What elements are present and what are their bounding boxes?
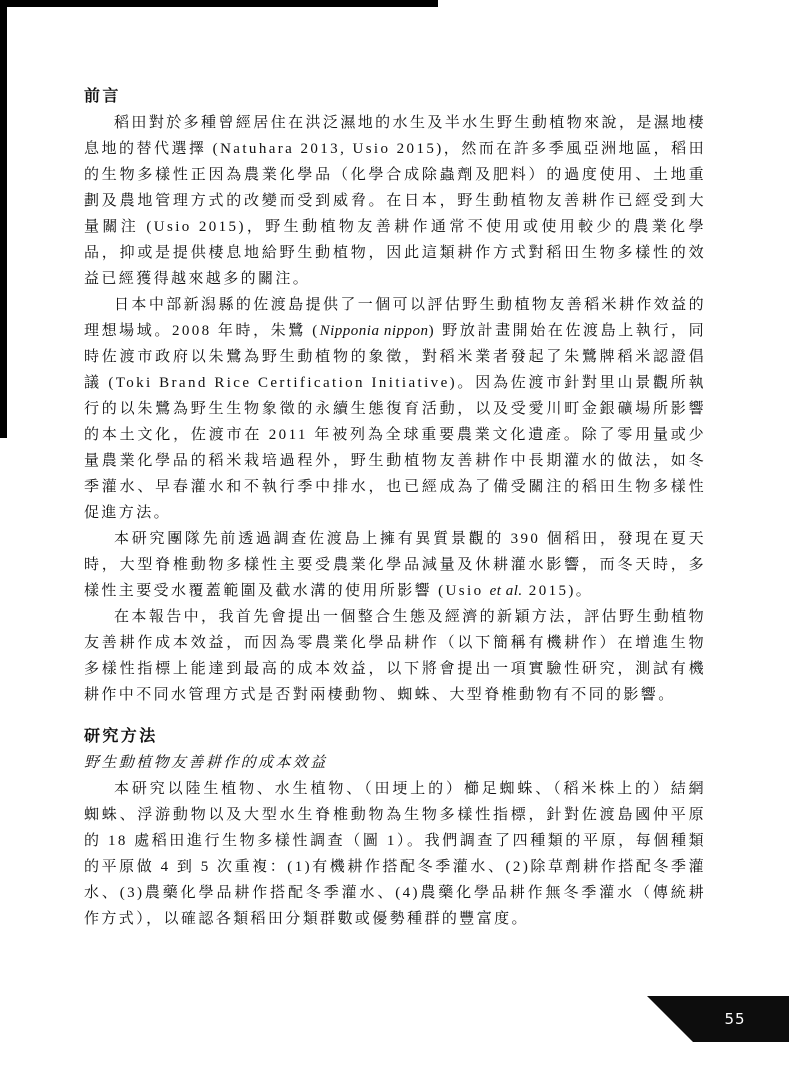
document-page: 前言 稻田對於多種曾經居住在洪泛濕地的水生及半水生野生動植物來說，是濕地棲息地的… (0, 0, 789, 1080)
intro-paragraph-4: 在本報告中，我首先會提出一個整合生態及經濟的新穎方法，評估野生動植物友善耕作成本… (84, 604, 706, 708)
intro-paragraph-2: 日本中部新潟縣的佐渡島提供了一個可以評估野生動植物友善稻米耕作效益的理想場域。2… (84, 292, 706, 526)
page-number-tab: 55 (647, 996, 789, 1042)
scan-artifact-left-edge (0, 0, 7, 438)
methods-subheading: 野生動植物友善耕作的成本效益 (84, 750, 706, 776)
paragraph-text: ) 野放計畫開始在佐渡島上執行，同時佐渡市政府以朱鷺為野生動植物的象徵，對稻米業… (84, 323, 706, 521)
page-number: 55 (724, 1010, 745, 1028)
paragraph-text: 本研究以陸生植物、水生植物、（田埂上的）櫛足蜘蛛、（稻米株上的）結網蜘蛛、浮游動… (84, 781, 706, 927)
section-heading-methods: 研究方法 (84, 724, 706, 750)
section-heading-intro: 前言 (84, 84, 706, 110)
page-content: 前言 稻田對於多種曾經居住在洪泛濕地的水生及半水生野生動植物來說，是濕地棲息地的… (84, 84, 706, 932)
paragraph-text: 稻田對於多種曾經居住在洪泛濕地的水生及半水生野生動植物來說，是濕地棲息地的替代選… (84, 115, 706, 287)
paragraph-text: 本研究團隊先前透過調查佐渡島上擁有異質景觀的 390 個稻田，發現在夏天時，大型… (84, 531, 706, 599)
species-name-italic: Nipponia nippon (320, 323, 429, 339)
scan-artifact-top-edge (0, 0, 438, 7)
paragraph-text: 2015)。 (523, 583, 594, 599)
paragraph-text: 在本報告中，我首先會提出一個整合生態及經濟的新穎方法，評估野生動植物友善耕作成本… (84, 609, 706, 703)
intro-paragraph-3: 本研究團隊先前透過調查佐渡島上擁有異質景觀的 390 個稻田，發現在夏天時，大型… (84, 526, 706, 604)
intro-paragraph-1: 稻田對於多種曾經居住在洪泛濕地的水生及半水生野生動植物來說，是濕地棲息地的替代選… (84, 110, 706, 292)
methods-paragraph-1: 本研究以陸生植物、水生植物、（田埂上的）櫛足蜘蛛、（稻米株上的）結網蜘蛛、浮游動… (84, 776, 706, 932)
et-al-italic: et al. (490, 583, 523, 599)
